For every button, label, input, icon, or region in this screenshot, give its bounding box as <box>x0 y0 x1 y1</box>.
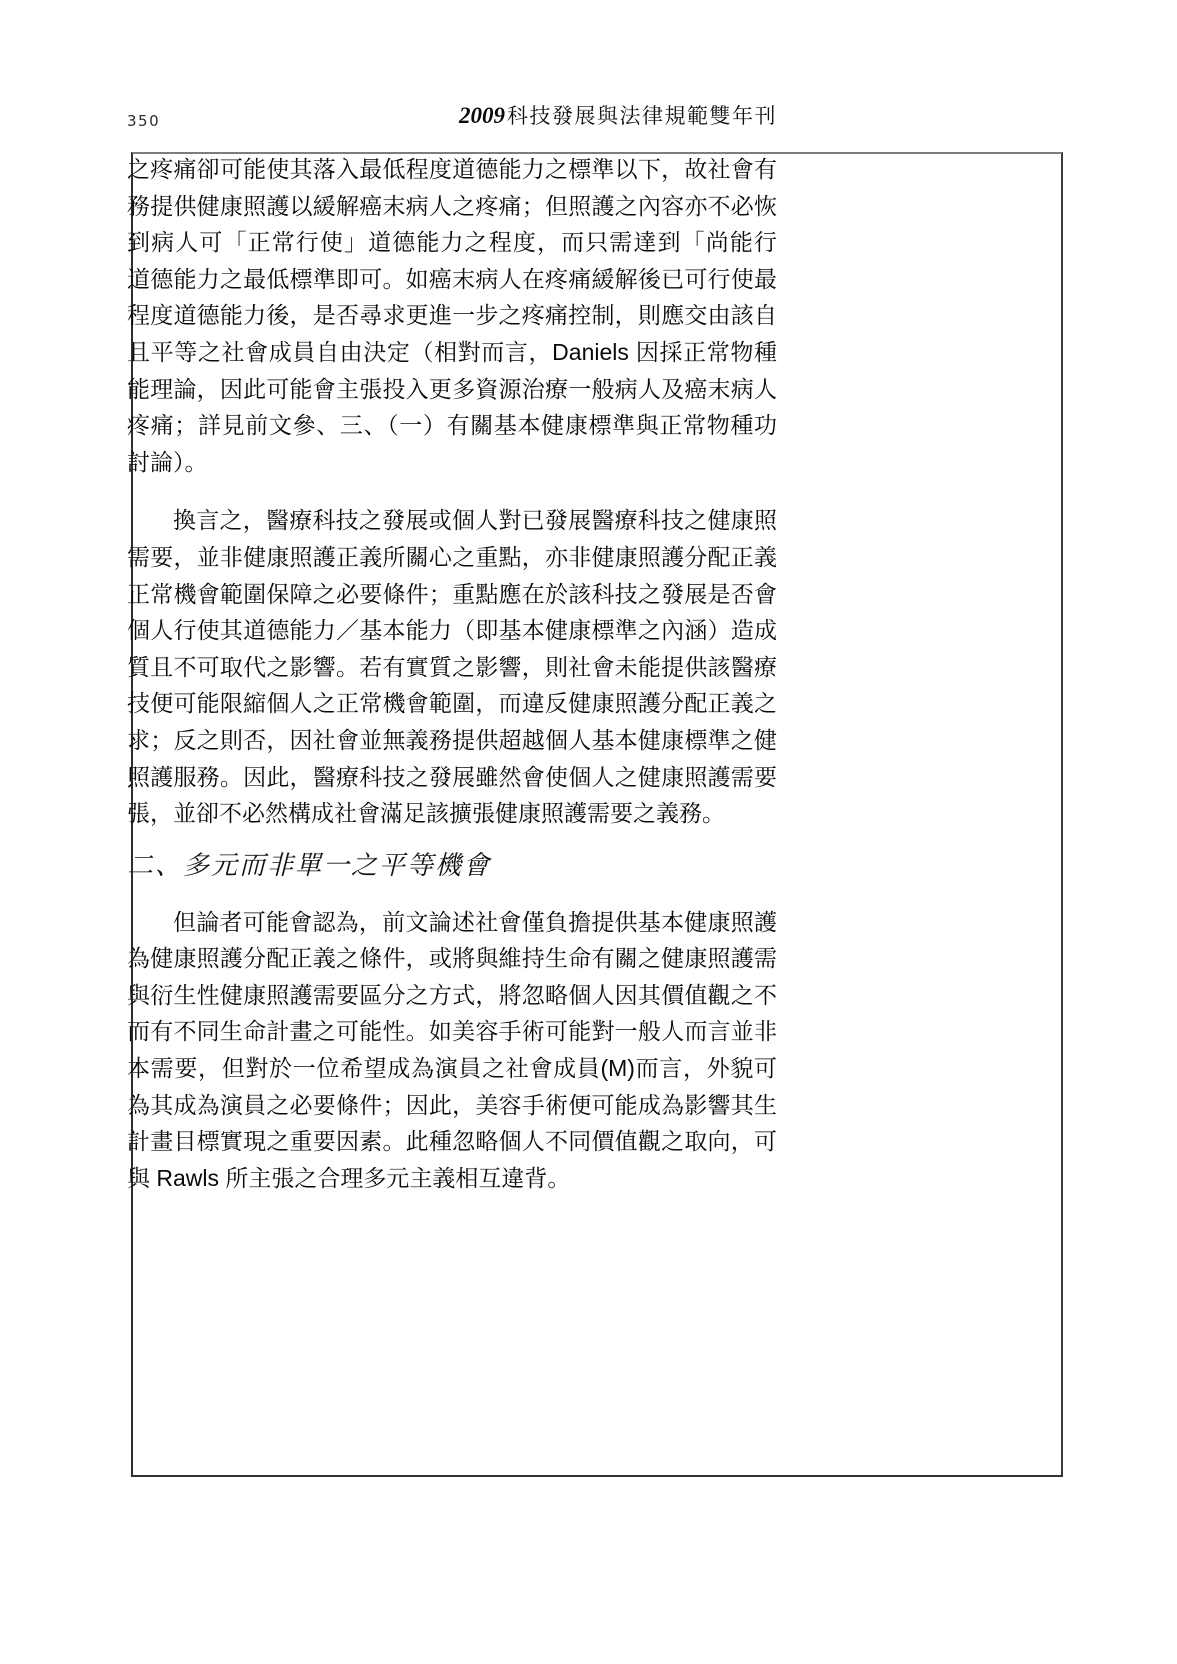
text-line: 討論）。 <box>127 444 777 481</box>
text-line: 與 Rawls 所主張之合理多元主義相互違背。 <box>127 1160 777 1197</box>
text-line: 程度道德能力後，是否尋求更進一步之疼痛控制，則應交由該自由 <box>127 297 777 334</box>
text-line: 正常機會範圍保障之必要條件；重點應在於該科技之發展是否會對 <box>127 576 777 613</box>
page-content: 350 2009科技發展與法律規範雙年刊 之疼痛卻可能使其落入最低程度道德能力之… <box>127 100 777 1196</box>
page-header: 350 2009科技發展與法律規範雙年刊 <box>127 100 777 130</box>
text-line: 質且不可取代之影響。若有實質之影響，則社會未能提供該醫療科 <box>127 649 777 686</box>
paragraph-2: 換言之，醫療科技之發展或個人對已發展醫療科技之健康照護 需要，並非健康照護正義所… <box>127 502 777 831</box>
journal-title: 2009科技發展與法律規範雙年刊 <box>459 100 777 130</box>
text-line: 能理論，因此可能會主張投入更多資源治療一般病人及癌末病人之 <box>127 371 777 408</box>
text-line: 換言之，醫療科技之發展或個人對已發展醫療科技之健康照護 <box>127 502 777 539</box>
paragraph-3: 但論者可能會認為，前文論述社會僅負擔提供基本健康照護作 為健康照護分配正義之條件… <box>127 904 777 1197</box>
text-line: 照護服務。因此，醫療科技之發展雖然會使個人之健康照護需要擴 <box>127 759 777 796</box>
text-line: 個人行使其道德能力／基本能力（即基本健康標準之內涵）造成實 <box>127 612 777 649</box>
text-line: 張，並卻不必然構成社會滿足該擴張健康照護需要之義務。 <box>127 795 777 832</box>
text-line: 需要，並非健康照護正義所關心之重點，亦非健康照護分配正義下 <box>127 539 777 576</box>
text-line: 本需要，但對於一位希望成為演員之社會成員(M)而言，外貌可能 <box>127 1050 777 1087</box>
text-line: 計畫目標實現之重要因素。此種忽略個人不同價值觀之取向，可能 <box>127 1123 777 1160</box>
section-heading: 二、多元而非單一之平等機會 <box>127 846 777 886</box>
text-line: 之疼痛卻可能使其落入最低程度道德能力之標準以下，故社會有義 <box>127 151 777 188</box>
text-line: 為健康照護分配正義之條件，或將與維持生命有關之健康照護需要 <box>127 940 777 977</box>
text-line: 但論者可能會認為，前文論述社會僅負擔提供基本健康照護作 <box>127 904 777 941</box>
journal-year: 2009 <box>459 103 505 128</box>
text-line: 到病人可「正常行使」道德能力之程度，而只需達到「尚能行使」 <box>127 224 777 261</box>
text-line: 為其成為演員之必要條件；因此，美容手術便可能成為影響其生活 <box>127 1087 777 1124</box>
text-line: 而有不同生命計畫之可能性。如美容手術可能對一般人而言並非基 <box>127 1013 777 1050</box>
journal-title-text: 科技發展與法律規範雙年刊 <box>507 104 777 128</box>
text-line: 道德能力之最低標準即可。如癌末病人在疼痛緩解後已可行使最低 <box>127 261 777 298</box>
text-line: 且平等之社會成員自由決定（相對而言，Daniels 因採正常物種功 <box>127 334 777 371</box>
text-line: 務提供健康照護以緩解癌末病人之疼痛；但照護之內容亦不必恢復 <box>127 188 777 225</box>
text-line: 疼痛；詳見前文參、三、（一）有關基本健康標準與正常物種功能之 <box>127 407 777 444</box>
text-line: 與衍生性健康照護需要區分之方式，將忽略個人因其價值觀之不同 <box>127 977 777 1014</box>
text-line: 求；反之則否，因社會並無義務提供超越個人基本健康標準之健康 <box>127 722 777 759</box>
text-line: 技便可能限縮個人之正常機會範圍，而違反健康照護分配正義之要 <box>127 685 777 722</box>
page-number: 350 <box>127 112 160 130</box>
paragraph-1: 之疼痛卻可能使其落入最低程度道德能力之標準以下，故社會有義 務提供健康照護以緩解… <box>127 151 777 480</box>
